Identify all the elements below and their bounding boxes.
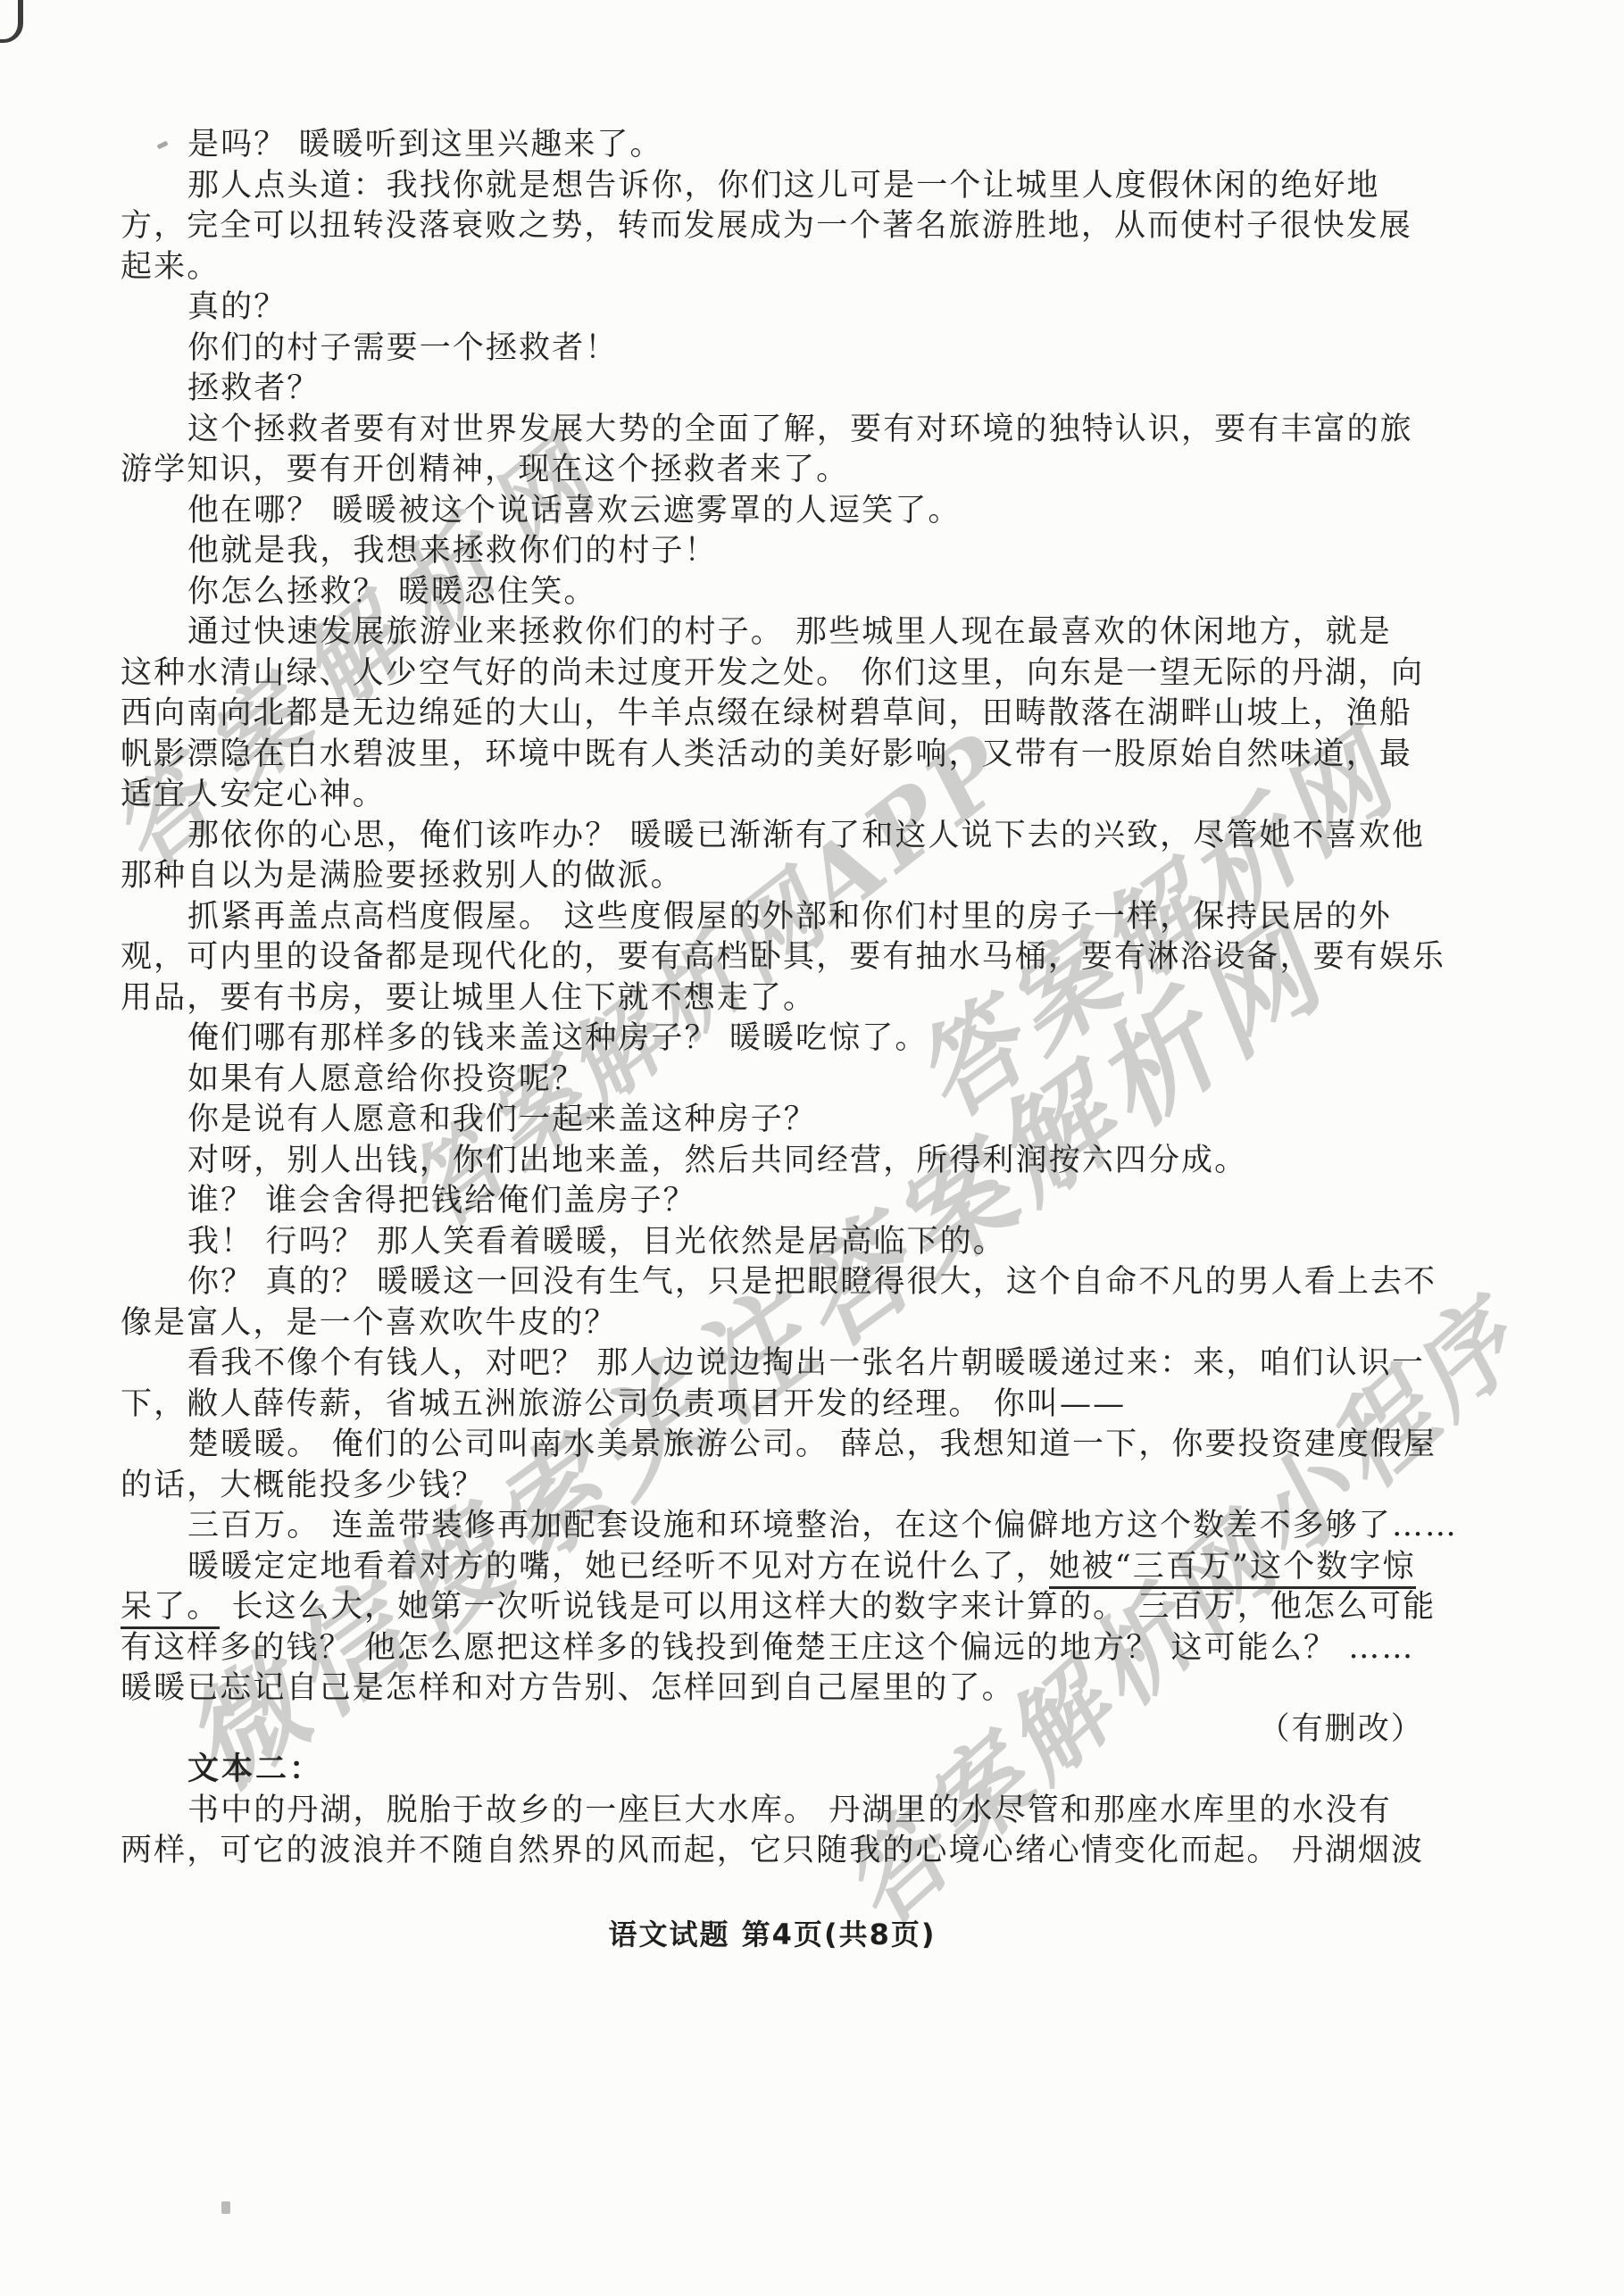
text-line: 暖暖定定地看着对方的嘴，她已经听不见对方在说什么了，她被“三百万”这个数字惊 [121, 1547, 1491, 1587]
text-line: 俺们哪有那样多的钱来盖这种房子？ 暖暖吃惊了。 [121, 1019, 1491, 1059]
text-line: 的话，大概能投多少钱？ [121, 1466, 1424, 1506]
text-segment: 他在哪？ 暖暖被这个说话喜欢云遮雾罩的人逗笑了。 [187, 493, 962, 528]
text-segment: 像是富人，是一个喜欢吹牛皮的？ [121, 1305, 618, 1341]
text-segment: 对呀，别人出钱，你们出地来盖，然后共同经营，所得利润按六四分成。 [187, 1143, 1247, 1178]
text-line: 对呀，别人出钱，你们出地来盖，然后共同经营，所得利润按六四分成。 [121, 1141, 1491, 1181]
text-line: 观，可内里的设备都是现代化的，要有高档卧具，要有抽水马桶，要有淋浴设备，要有娱乐 [121, 937, 1424, 977]
text-line: 通过快速发展旅游业来拯救你们的村子。 那些城里人现在最喜欢的休闲地方，就是 [121, 612, 1491, 653]
text-segment: 通过快速发展旅游业来拯救你们的村子。 那些城里人现在最喜欢的休闲地方，就是 [187, 614, 1392, 650]
text-line: 帆影漂隐在白水碧波里，环境中既有人类活动的美好影响，又带有一股原始自然味道，最 [121, 735, 1424, 775]
text-segment: 观，可内里的设备都是现代化的，要有高档卧具，要有抽水马桶，要有淋浴设备，要有娱乐 [121, 939, 1445, 975]
underlined-text: 呆了。 [121, 1589, 220, 1629]
text-segment: 拯救者？ [187, 370, 320, 406]
text-segment: 你们的村子需要一个拯救者！ [187, 330, 618, 366]
text-line: 真的？ [121, 287, 1491, 328]
text-segment: 起来。 [121, 249, 220, 285]
footer-text: 语文试题 第4页(共8页) [609, 1917, 937, 1951]
text-segment: 楚暖暖。 俺们的公司叫南水美景旅游公司。 薛总，我想知道一下，你要投资建度假屋 [187, 1427, 1437, 1462]
text-line: 适宜人安定心神。 [121, 775, 1424, 815]
text-line: 他就是我，我想来拯救你们的村子！ [121, 531, 1491, 571]
text-segment: 暖暖已忘记自己是怎样和对方告别、怎样回到自己屋里的了。 [121, 1670, 1015, 1706]
text-segment: 那种自以为是满脸要拯救别人的做派。 [121, 858, 684, 894]
text-segment: 西向南向北都是无边绵延的大山，牛羊点缀在绿树碧草间，田畴散落在湖畔山坡上，渔船 [121, 695, 1412, 731]
text-segment: 帆影漂隐在白水碧波里，环境中既有人类活动的美好影响，又带有一股原始自然味道，最 [121, 736, 1412, 772]
text-line: 那依你的心思，俺们该咋办？ 暖暖已渐渐有了和这人说下去的兴致，尽管她不喜欢他 [121, 816, 1491, 856]
text-line: 下，敝人薛传薪，省城五洲旅游公司负责项目开发的经理。 你叫—— [121, 1385, 1424, 1425]
text-segment: 用品，要有书房，要让城里人住下就不想走了。 [121, 980, 816, 1016]
text-segment: 他就是我，我想来拯救你们的村子！ [187, 533, 718, 569]
text-line: 看我不像个有钱人，对吧？ 那人边说边掏出一张名片朝暖暖递过来：来，咱们认识一 [121, 1343, 1491, 1384]
text-segment: 俺们哪有那样多的钱来盖这种房子？ 暖暖吃惊了。 [187, 1020, 928, 1056]
text-line: 方，完全可以扭转没落衰败之势，转而发展成为一个著名旅游胜地，从而使村子很快发展 [121, 206, 1424, 246]
text-line: 你们的村子需要一个拯救者！ [121, 329, 1491, 369]
text-segment: 抓紧再盖点高档度假屋。 这些度假屋的外部和你们村里的房子一样，保持民居的外 [187, 899, 1392, 935]
text-segment: 如果有人愿意给你投资呢？ [187, 1061, 585, 1097]
text-segment: 看我不像个有钱人，对吧？ 那人边说边掏出一张名片朝暖暖递过来：来，咱们认识一 [187, 1345, 1425, 1381]
text-line: （有删改） [121, 1710, 1424, 1750]
text-segment: 真的？ [187, 289, 287, 325]
underlined-text: 她被“三百万”这个数字惊 [1049, 1549, 1416, 1589]
text-segment: 你？ 真的？ 暖暖这一回没有生气，只是把眼瞪得很大，这个自命不凡的男人看上去不 [187, 1264, 1437, 1300]
text-line: 这种水清山绿、人少空气好的尚未过度开发之处。 你们这里，向东是一望无际的丹湖，向 [121, 653, 1424, 694]
text-line: 你怎么拯救？ 暖暖忍住笑。 [121, 572, 1491, 612]
text-segment: 这种水清山绿、人少空气好的尚未过度开发之处。 你们这里，向东是一望无际的丹湖，向 [121, 655, 1424, 691]
text-segment: 那人点头道：我找你就是想告诉你，你们这儿可是一个让城里人度假休闲的绝好地 [187, 168, 1380, 204]
text-line: 呆了。 长这么大，她第一次听说钱是可以用这样大的数字来计算的。 三百万，他怎么可… [121, 1587, 1424, 1627]
text-segment: 书中的丹湖，脱胎于故乡的一座巨大水库。 丹湖里的水尽管和那座水库里的水没有 [187, 1793, 1392, 1828]
text-line: 书中的丹湖，脱胎于故乡的一座巨大水库。 丹湖里的水尽管和那座水库里的水没有 [121, 1791, 1491, 1831]
text-line: 如果有人愿意给你投资呢？ [121, 1060, 1491, 1100]
scanned-exam-page: 答案解析网答案解析网APP答案解析网微信搜索关注答案解析网答案解析网小程序 是吗… [0, 0, 1624, 2296]
text-line: 文本二： [121, 1750, 1491, 1790]
text-line: 用品，要有书房，要让城里人住下就不想走了。 [121, 978, 1424, 1019]
text-segment: 有这样多的钱？ 他怎么愿把这样多的钱投到俺楚王庄这个偏远的地方？ 这可能么？ …… [121, 1630, 1414, 1666]
text-line: 谁？ 谁会舍得把钱给俺们盖房子？ [121, 1181, 1491, 1221]
text-line: 是吗？ 暖暖听到这里兴趣来了。 [121, 125, 1491, 165]
text-line: 游学知识，要有开创精神，现在这个拯救者来了。 [121, 450, 1424, 490]
text-line: 西向南向北都是无边绵延的大山，牛羊点缀在绿树碧草间，田畴散落在湖畔山坡上，渔船 [121, 694, 1424, 734]
text-segment: 三百万。 连盖带装修再加配套设施和环境整治，在这个偏僻地方这个数差不多够了…… [187, 1508, 1458, 1543]
text-line: 楚暖暖。 俺们的公司叫南水美景旅游公司。 薛总，我想知道一下，你要投资建度假屋 [121, 1425, 1491, 1465]
text-segment: 暖暖定定地看着对方的嘴，她已经听不见对方在说什么了， [187, 1549, 1049, 1585]
text-segment: 游学知识，要有开创精神，现在这个拯救者来了。 [121, 452, 849, 487]
text-segment: 是吗？ 暖暖听到这里兴趣来了。 [187, 127, 663, 162]
text-line: 这个拯救者要有对世界发展大势的全面了解，要有对环境的独特认识，要有丰富的旅 [121, 410, 1491, 450]
text-segment: 那依你的心思，俺们该咋办？ 暖暖已渐渐有了和这人说下去的兴致，尽管她不喜欢他 [187, 818, 1425, 853]
text-line: 他在哪？ 暖暖被这个说话喜欢云遮雾罩的人逗笑了。 [121, 491, 1491, 531]
text-line: 你？ 真的？ 暖暖这一回没有生气，只是把眼瞪得很大，这个自命不凡的男人看上去不 [121, 1262, 1491, 1302]
text-segment: 你怎么拯救？ 暖暖忍住笑。 [187, 574, 596, 610]
text-segment: （有删改） [1258, 1711, 1424, 1747]
scan-corner-artifact [0, 0, 23, 43]
text-segment: 两样，可它的波浪并不随自然界的风而起，它只随我的心境心绪心情变化而起。 丹湖烟波 [121, 1833, 1424, 1868]
text-segment: 你是说有人愿意和我们一起来盖这种房子？ [187, 1102, 817, 1137]
text-segment: 这个拯救者要有对世界发展大势的全面了解，要有对环境的独特认识，要有丰富的旅 [187, 412, 1413, 447]
text-segment: 我！ 行吗？ 那人笑看着暖暖，目光依然是居高临下的。 [187, 1224, 1006, 1260]
text-line: 暖暖已忘记自己是怎样和对方告别、怎样回到自己屋里的了。 [121, 1668, 1424, 1709]
text-line: 那种自以为是满脸要拯救别人的做派。 [121, 856, 1424, 896]
page-footer: 语文试题 第4页(共8页) [121, 1912, 1424, 1953]
text-line: 两样，可它的波浪并不随自然界的风而起，它只随我的心境心绪心情变化而起。 丹湖烟波 [121, 1831, 1424, 1871]
text-line: 我！ 行吗？ 那人笑看着暖暖，目光依然是居高临下的。 [121, 1222, 1491, 1262]
text-line: 有这样多的钱？ 他怎么愿把这样多的钱投到俺楚王庄这个偏远的地方？ 这可能么？ …… [121, 1628, 1424, 1668]
text-segment: 长这么大，她第一次听说钱是可以用这样大的数字来计算的。 三百万，他怎么可能 [220, 1589, 1436, 1625]
text-line: 你是说有人愿意和我们一起来盖这种房子？ [121, 1100, 1491, 1140]
text-line: 抓紧再盖点高档度假屋。 这些度假屋的外部和你们村里的房子一样，保持民居的外 [121, 897, 1491, 937]
text-segment: 方，完全可以扭转没落衰败之势，转而发展成为一个著名旅游胜地，从而使村子很快发展 [121, 208, 1412, 244]
text-segment: 的话，大概能投多少钱？ [121, 1468, 485, 1503]
text-line: 三百万。 连盖带装修再加配套设施和环境整治，在这个偏僻地方这个数差不多够了…… [121, 1506, 1491, 1546]
text-line: 那人点头道：我找你就是想告诉你，你们这儿可是一个让城里人度假休闲的绝好地 [121, 166, 1491, 206]
text-line: 像是富人，是一个喜欢吹牛皮的？ [121, 1303, 1424, 1343]
text-line: 起来。 [121, 247, 1424, 287]
text-segment: 下，敝人薛传薪，省城五洲旅游公司负责项目开发的经理。 你叫—— [121, 1386, 1126, 1422]
text-line: 拯救者？ [121, 369, 1491, 409]
scan-speck [221, 2201, 230, 2214]
text-segment: 适宜人安定心神。 [121, 777, 386, 812]
text-segment: 文本二： [187, 1751, 323, 1787]
text-segment: 谁？ 谁会舍得把钱给俺们盖房子？ [187, 1183, 696, 1219]
